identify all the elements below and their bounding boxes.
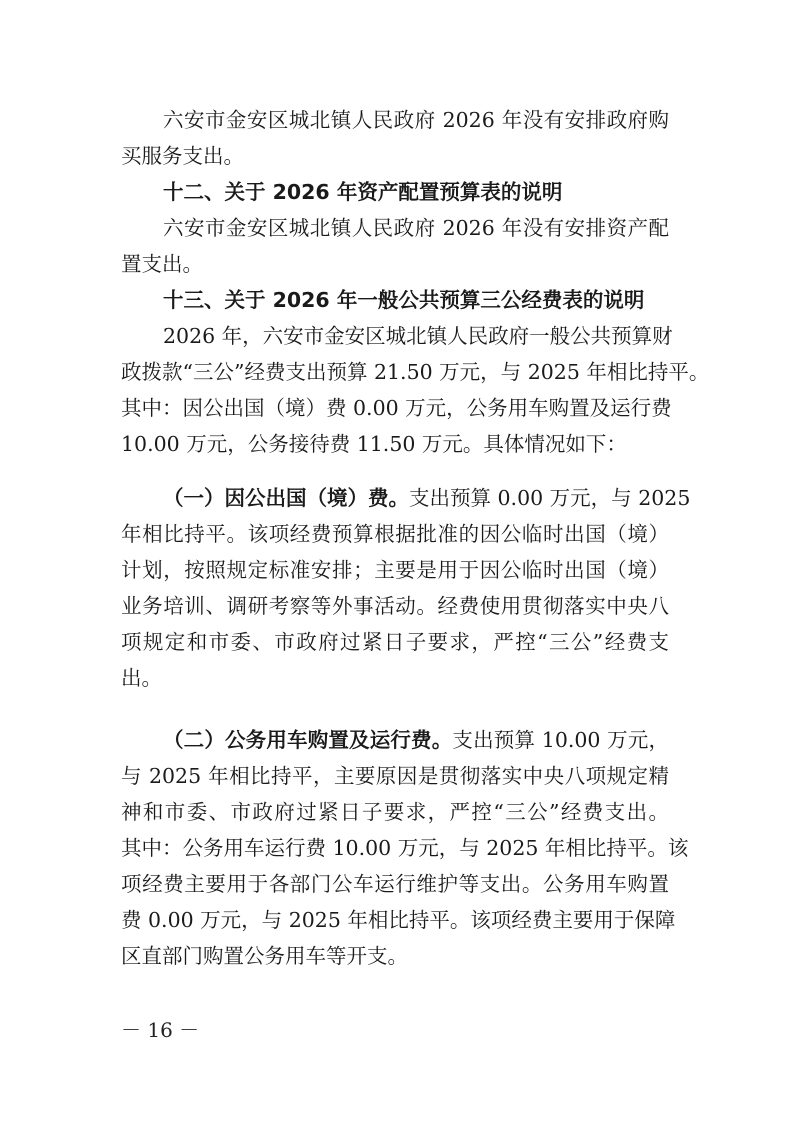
paragraph-line: 与 2025 年相比持平，主要原因是贯彻落实中央八项规定精 <box>121 758 669 794</box>
paragraph-line: 政拨款“三公”经费支出预算 21.50 万元，与 2025 年相比持平。 <box>121 354 669 390</box>
paragraph-line: 六安市金安区城北镇人民政府 2026 年没有安排政府购 <box>163 102 669 138</box>
paragraph-line: 计划，按照规定标准安排；主要是用于因公临时出国（境） <box>121 552 669 588</box>
paragraph-line: 项规定和市委、市政府过紧日子要求，严控“三公”经费支 <box>121 624 669 660</box>
paragraph-line: 10.00 万元，公务接待费 11.50 万元。具体情况如下： <box>121 426 669 462</box>
paragraph-line: 项经费主要用于各部门公车运行维护等支出。公务用车购置 <box>121 866 669 902</box>
subsection-1-title: （一）因公出国（境）费。 <box>163 486 409 510</box>
section-heading-13: 十三、关于 2026 年一般公共预算三公经费表的说明 <box>163 282 669 318</box>
paragraph-line: 业务培训、调研考察等外事活动。经费使用贯彻落实中央八 <box>121 588 669 624</box>
paragraph-line: 2026 年，六安市金安区城北镇人民政府一般公共预算财 <box>163 318 669 354</box>
paragraph-line: 置支出。 <box>121 246 669 282</box>
paragraph-line: 其中：公务用车运行费 10.00 万元，与 2025 年相比持平。该 <box>121 830 669 866</box>
paragraph-line: 买服务支出。 <box>121 138 669 174</box>
page-number: － 16 － <box>121 1012 199 1048</box>
paragraph-line: 费 0.00 万元，与 2025 年相比持平。该项经费主要用于保障 <box>121 902 669 938</box>
paragraph-line: 神和市委、市政府过紧日子要求，严控“三公”经费支出。 <box>121 794 669 830</box>
paragraph-line: 年相比持平。该项经费预算根据批准的因公临时出国（境） <box>121 516 669 552</box>
paragraph-line: 区直部门购置公务用车等开支。 <box>121 938 669 974</box>
subsection-2-first-line: （二）公务用车购置及运行费。支出预算 10.00 万元， <box>163 722 669 758</box>
paragraph-line: 其中：因公出国（境）费 0.00 万元，公务用车购置及运行费 <box>121 390 669 426</box>
paragraph-line: 六安市金安区城北镇人民政府 2026 年没有安排资产配 <box>163 210 669 246</box>
document-page: 六安市金安区城北镇人民政府 2026 年没有安排政府购 买服务支出。 十二、关于… <box>0 0 793 1122</box>
section-heading-12: 十二、关于 2026 年资产配置预算表的说明 <box>163 174 669 210</box>
subsection-1-first-line: （一）因公出国（境）费。支出预算 0.00 万元，与 2025 <box>163 480 669 516</box>
paragraph-line: 出。 <box>121 660 669 696</box>
subsection-2-title: （二）公务用车购置及运行费。 <box>163 728 452 752</box>
